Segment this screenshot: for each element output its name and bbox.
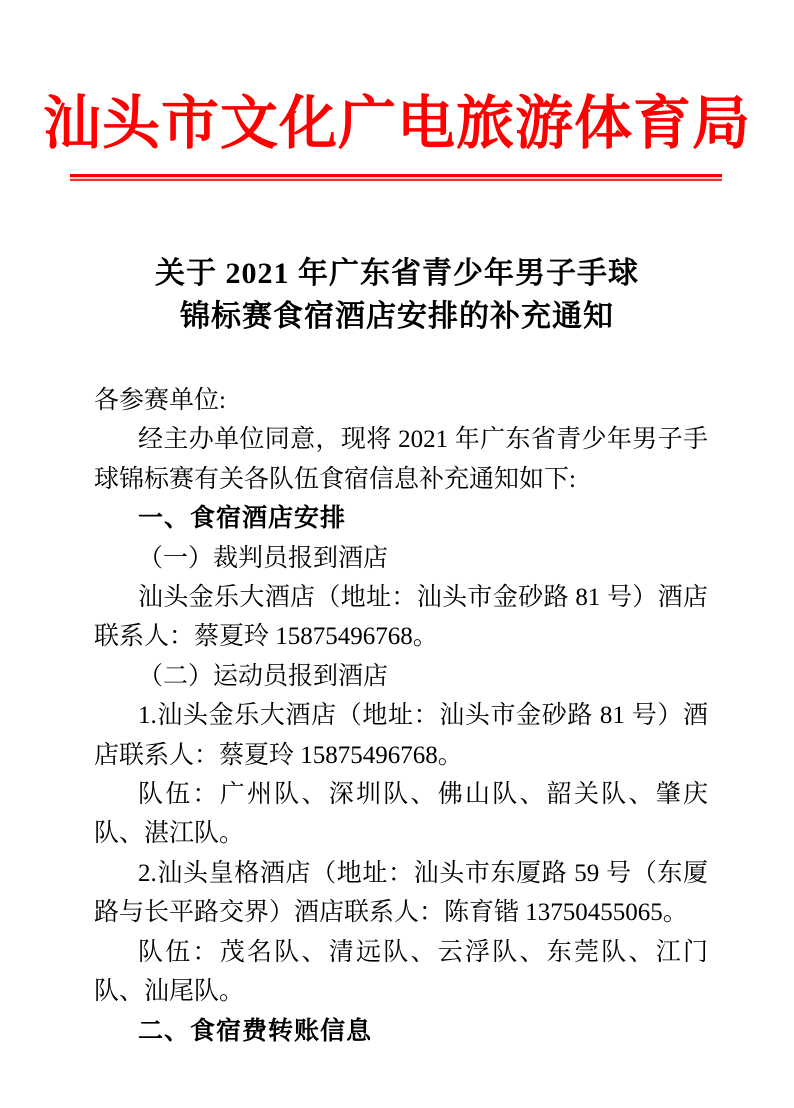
document-page: 汕头市文化广电旅游体育局 关于 2021 年广东省青少年男子手球 锦标赛食宿酒店… [0, 0, 794, 1108]
referee-hotel-info: 汕头金乐大酒店（地址：汕头市金砂路 81 号）酒店联系人：蔡夏玲 1587549… [94, 578, 708, 657]
document-body: 各参赛单位: 经主办单位同意，现将 2021 年广东省青少年男子手球锦标赛有关各… [94, 381, 708, 1051]
document-title-line-1: 关于 2021 年广东省青少年男子手球 [0, 252, 794, 295]
letterhead-title: 汕头市文化广电旅游体育局 [0, 86, 794, 162]
letterhead-rule-thin-line [70, 179, 722, 181]
athlete-hotel-2-teams: 队伍：茂名队、清远队、云浮队、东莞队、江门队、汕尾队。 [94, 933, 708, 1012]
salutation: 各参赛单位: [94, 381, 708, 420]
athlete-hotel-1-teams: 队伍：广州队、深圳队、佛山队、韶关队、肇庆队、湛江队。 [94, 775, 708, 854]
letterhead-rule [70, 174, 722, 181]
section-1-heading: 一、食宿酒店安排 [94, 499, 708, 538]
document-title: 关于 2021 年广东省青少年男子手球 锦标赛食宿酒店安排的补充通知 [0, 252, 794, 338]
athlete-hotel-1-info: 1.汕头金乐大酒店（地址：汕头市金砂路 81 号）酒店联系人：蔡夏玲 15875… [94, 696, 708, 775]
athlete-hotel-2-info: 2.汕头皇格酒店（地址：汕头市东厦路 59 号（东厦路与长平路交界）酒店联系人：… [94, 854, 708, 933]
section-2-heading: 二、食宿费转账信息 [94, 1012, 708, 1051]
document-title-line-2: 锦标赛食宿酒店安排的补充通知 [0, 295, 794, 338]
section-1-2-subheading: （二）运动员报到酒店 [94, 657, 708, 696]
intro-paragraph: 经主办单位同意，现将 2021 年广东省青少年男子手球锦标赛有关各队伍食宿信息补… [94, 420, 708, 499]
section-1-1-subheading: （一）裁判员报到酒店 [94, 539, 708, 578]
